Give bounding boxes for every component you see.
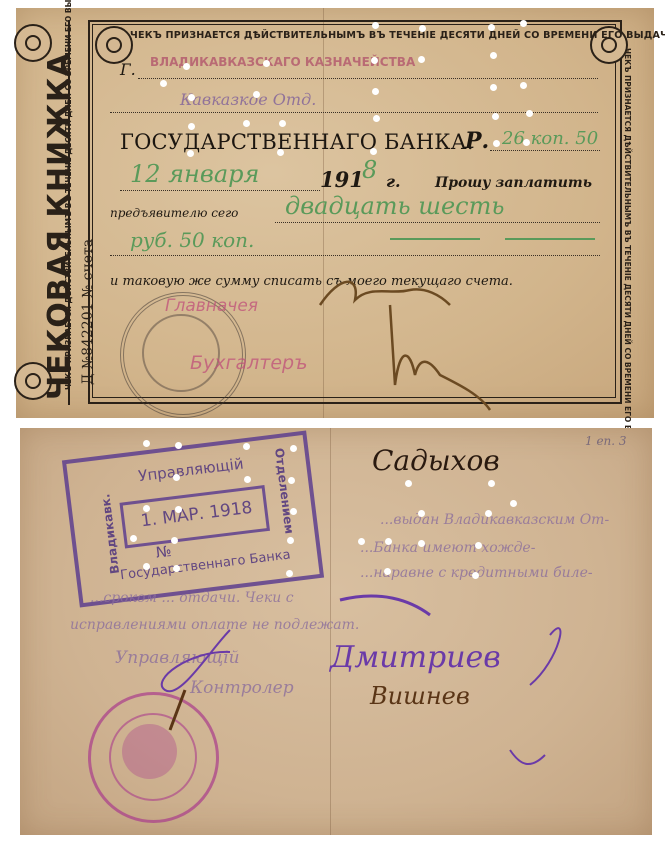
perforation-hole [523, 139, 530, 146]
perforation-hole [372, 88, 379, 95]
perforation-hole [290, 445, 297, 452]
perforation-hole [475, 542, 482, 549]
rect-stamp-left-side: Владикавк. [98, 493, 122, 575]
perforation-hole [287, 537, 294, 544]
amount-words-handwritten: двадцать шесть [285, 192, 504, 220]
city-prefix: Г. [120, 60, 136, 79]
amount-words-line2: руб. 50 коп. [130, 228, 254, 252]
back-pen-strokes [90, 590, 650, 790]
perforation-hole [488, 480, 495, 487]
perforation-hole [472, 572, 479, 579]
perforation-hole [485, 510, 492, 517]
perforation-hole [493, 140, 500, 147]
rect-stamp-right-side: Отделением [272, 447, 296, 535]
perforation-hole [373, 115, 380, 122]
accountant-stamp: Бухгалтеръ [190, 352, 308, 374]
perforation-hole [173, 565, 180, 572]
amount-numeric-line [490, 150, 600, 151]
perforation-hole [279, 120, 286, 127]
perforation-hole [160, 80, 167, 87]
perforation-hole [263, 60, 270, 67]
perforation-hole [372, 22, 379, 29]
perforation-hole [188, 123, 195, 130]
perforation-hole [175, 506, 182, 513]
date-line [120, 190, 320, 191]
rect-stamp-date: 1. МАР. 1918 [140, 498, 254, 532]
perforation-hole [171, 537, 178, 544]
perforation-hole [385, 538, 392, 545]
perforation-hole [244, 476, 251, 483]
perforation-hole [384, 568, 391, 575]
perforation-hole [488, 24, 495, 31]
year-handwritten: 8 [362, 156, 377, 184]
city-line [138, 78, 598, 79]
rect-stamp-title: Управляющій [137, 455, 244, 486]
perforation-hole [143, 563, 150, 570]
surname-handwritten: Садыхов [372, 444, 500, 477]
year-printed: 191 [320, 167, 364, 192]
rouble-symbol: Р. [465, 128, 489, 154]
perforation-hole [520, 82, 527, 89]
perforation-hole [418, 56, 425, 63]
perforation-hole [143, 505, 150, 512]
pay-request: Прошу заплатить [435, 175, 592, 191]
amount-dash [390, 238, 480, 240]
perforation-hole [370, 148, 377, 155]
amount-words-line-2 [110, 255, 600, 256]
perforation-hole [492, 113, 499, 120]
validity-caption: ЧЕКЪ ПРИЗНАЕТСЯ ДѢЙСТВИТЕЛЬНЫМЪ ВЪ ТЕЧЕН… [130, 30, 665, 41]
perforation-hole [130, 535, 137, 542]
perforation-hole [188, 94, 195, 101]
year-suffix: г. [386, 172, 401, 191]
perforation-hole [286, 570, 293, 577]
perforation-hole [405, 480, 412, 487]
right-validity-caption: ЧЕКЪ ПРИЗНАЕТСЯ ДѢЙСТВИТЕЛЬНЫМЪ ВЪ ТЕЧЕН… [623, 48, 632, 466]
perforation-hole [288, 477, 295, 484]
date-handwritten: 12 января [130, 160, 259, 188]
rosette-ornament-icon [95, 26, 133, 64]
amount-numeric-handwritten: 26 коп. 50 [502, 128, 598, 149]
bank-title: ГОСУДАРСТВЕННАГО БАНКА. [120, 130, 474, 154]
perforation-hole [490, 52, 497, 59]
perforation-hole [526, 110, 533, 117]
perforation-hole [371, 57, 378, 64]
corner-note: 1 еп. 3 [585, 434, 627, 448]
perforation-hole [243, 443, 250, 450]
perforation-hole [510, 500, 517, 507]
perforation-hole [183, 63, 190, 70]
perforation-hole [173, 474, 180, 481]
perforation-hole [418, 540, 425, 547]
chief-stamp: Главначея [165, 296, 258, 316]
perforation-hole [187, 150, 194, 157]
perforation-hole [243, 120, 250, 127]
bearer-label: предъявителю сего [110, 206, 238, 220]
back-print-line-1: ...выдан Владикавказским От- [380, 512, 609, 528]
left-validity-caption: ЧЕКЪ ПРИЗНАЕТСЯ ДѢЙСТВИТЕЛЬНЫМЪ ВЪ ТЕЧЕН… [64, 0, 73, 390]
perforation-hole [277, 149, 284, 156]
perforation-hole [419, 25, 426, 32]
rect-stamp-date-box: 1. МАР. 1918 [119, 485, 270, 548]
branch-line [110, 112, 598, 113]
perforation-hole [253, 91, 260, 98]
serial-number: Д №842201 № счета [80, 239, 96, 385]
perforation-hole [175, 442, 182, 449]
perforation-hole [290, 508, 297, 515]
amount-words-line [275, 222, 600, 223]
violet-branch-stamp: Кавказкое Отд. [180, 90, 316, 109]
perforation-hole [358, 538, 365, 545]
rect-stamp-number-label: № [155, 542, 173, 562]
perforation-hole [520, 20, 527, 27]
perforation-hole [143, 440, 150, 447]
perforation-hole [490, 84, 497, 91]
brown-signatures [300, 265, 500, 415]
manager-rect-stamp: Управляющій 1. МАР. 1918 № Государственн… [62, 431, 324, 608]
perforation-hole [418, 510, 425, 517]
amount-dash [505, 238, 595, 240]
